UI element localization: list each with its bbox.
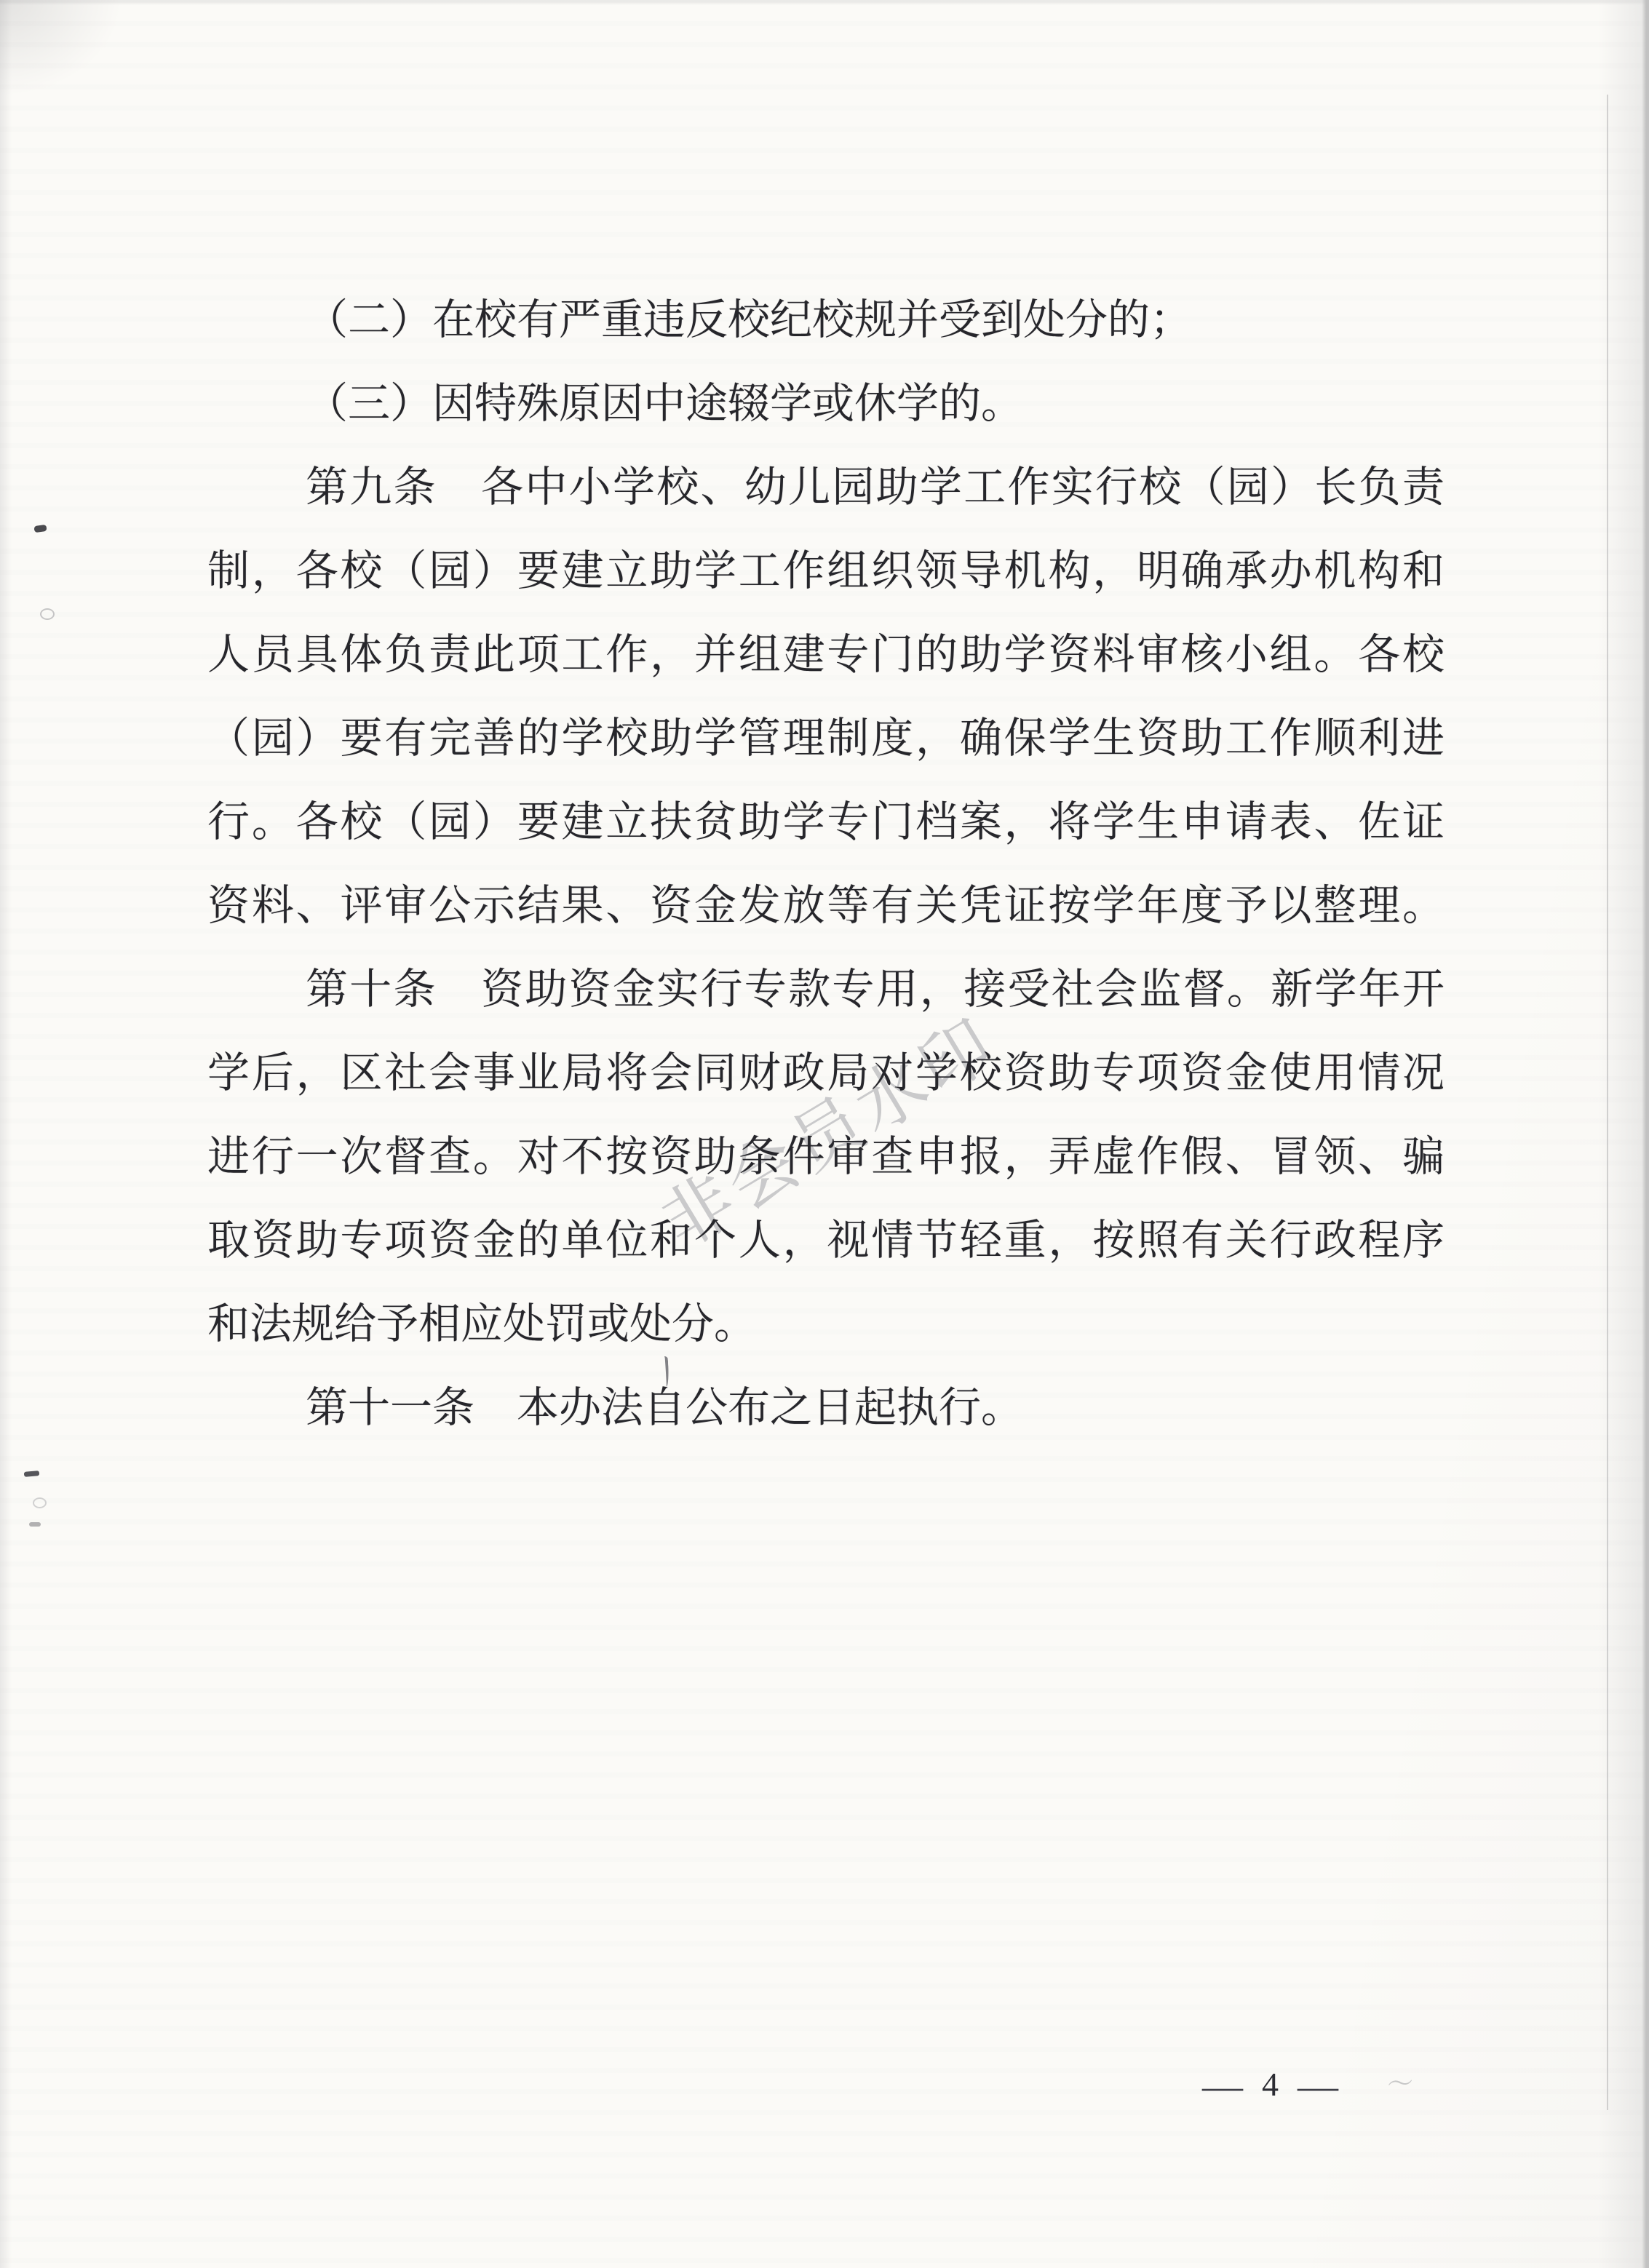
- document-line-2: （三）因特殊原因中途辍学或休学的。: [207, 362, 1445, 445]
- scan-edge-line: [1607, 95, 1608, 2110]
- document-line-11: 进行一次督查。对不按资助条件审查申报，弄虚作假、冒领、骗: [207, 1115, 1445, 1198]
- document-line-14: 第十一条 本办法自公布之日起执行。: [207, 1366, 1445, 1449]
- footer-dash-left: —: [1202, 2065, 1243, 2107]
- document-line-8: 资料、评审公示结果、资金发放等有关凭证按学年度予以整理。: [207, 864, 1445, 947]
- scan-artifact: [33, 1497, 47, 1508]
- document-line-3: 第九条 各中小学校、幼儿园助学工作实行校（园）长负责: [207, 445, 1445, 529]
- scanned-document-page: 非会员水印 （二）在校有严重违反校纪校规并受到处分的； （三）因特殊原因中途辍学…: [0, 0, 1649, 2268]
- page-footer: — 4 —: [1202, 2065, 1338, 2107]
- document-line-7: 行。各校（园）要建立扶贫助学专门档案，将学生申请表、佐证: [207, 780, 1445, 864]
- document-line-6: （园）要有完善的学校助学管理制度，确保学生资助工作顺利进: [207, 696, 1445, 780]
- document-line-1: （二）在校有严重违反校纪校规并受到处分的；: [207, 278, 1445, 362]
- scan-artifact: [40, 608, 55, 620]
- scan-artifact: [29, 1522, 41, 1527]
- document-body: （二）在校有严重违反校纪校规并受到处分的； （三）因特殊原因中途辍学或休学的。 …: [207, 278, 1445, 1449]
- document-line-9: 第十条 资助资金实行专款专用，接受社会监督。新学年开: [207, 947, 1445, 1031]
- footer-dash-right: —: [1298, 2065, 1338, 2107]
- document-line-10: 学后，区社会事业局将会同财政局对学校资助专项资金使用情况: [207, 1031, 1445, 1115]
- document-line-12: 取资助专项资金的单位和个人，视情节轻重，按照有关行政程序: [207, 1198, 1445, 1282]
- page-number: 4: [1262, 2064, 1279, 2106]
- document-line-4: 制，各校（园）要建立助学工作组织领导机构，明确承办机构和: [207, 529, 1445, 613]
- scan-artifact: [33, 525, 47, 533]
- document-line-13: 和法规给予相应处罚或处分。: [207, 1282, 1445, 1366]
- document-line-5: 人员具体负责此项工作，并组建专门的助学资料审核小组。各校: [207, 613, 1445, 696]
- scan-corner-smudge: [0, 0, 138, 109]
- scan-artifact: [24, 1471, 40, 1477]
- scan-squiggle-mark: ～: [1385, 2062, 1415, 2101]
